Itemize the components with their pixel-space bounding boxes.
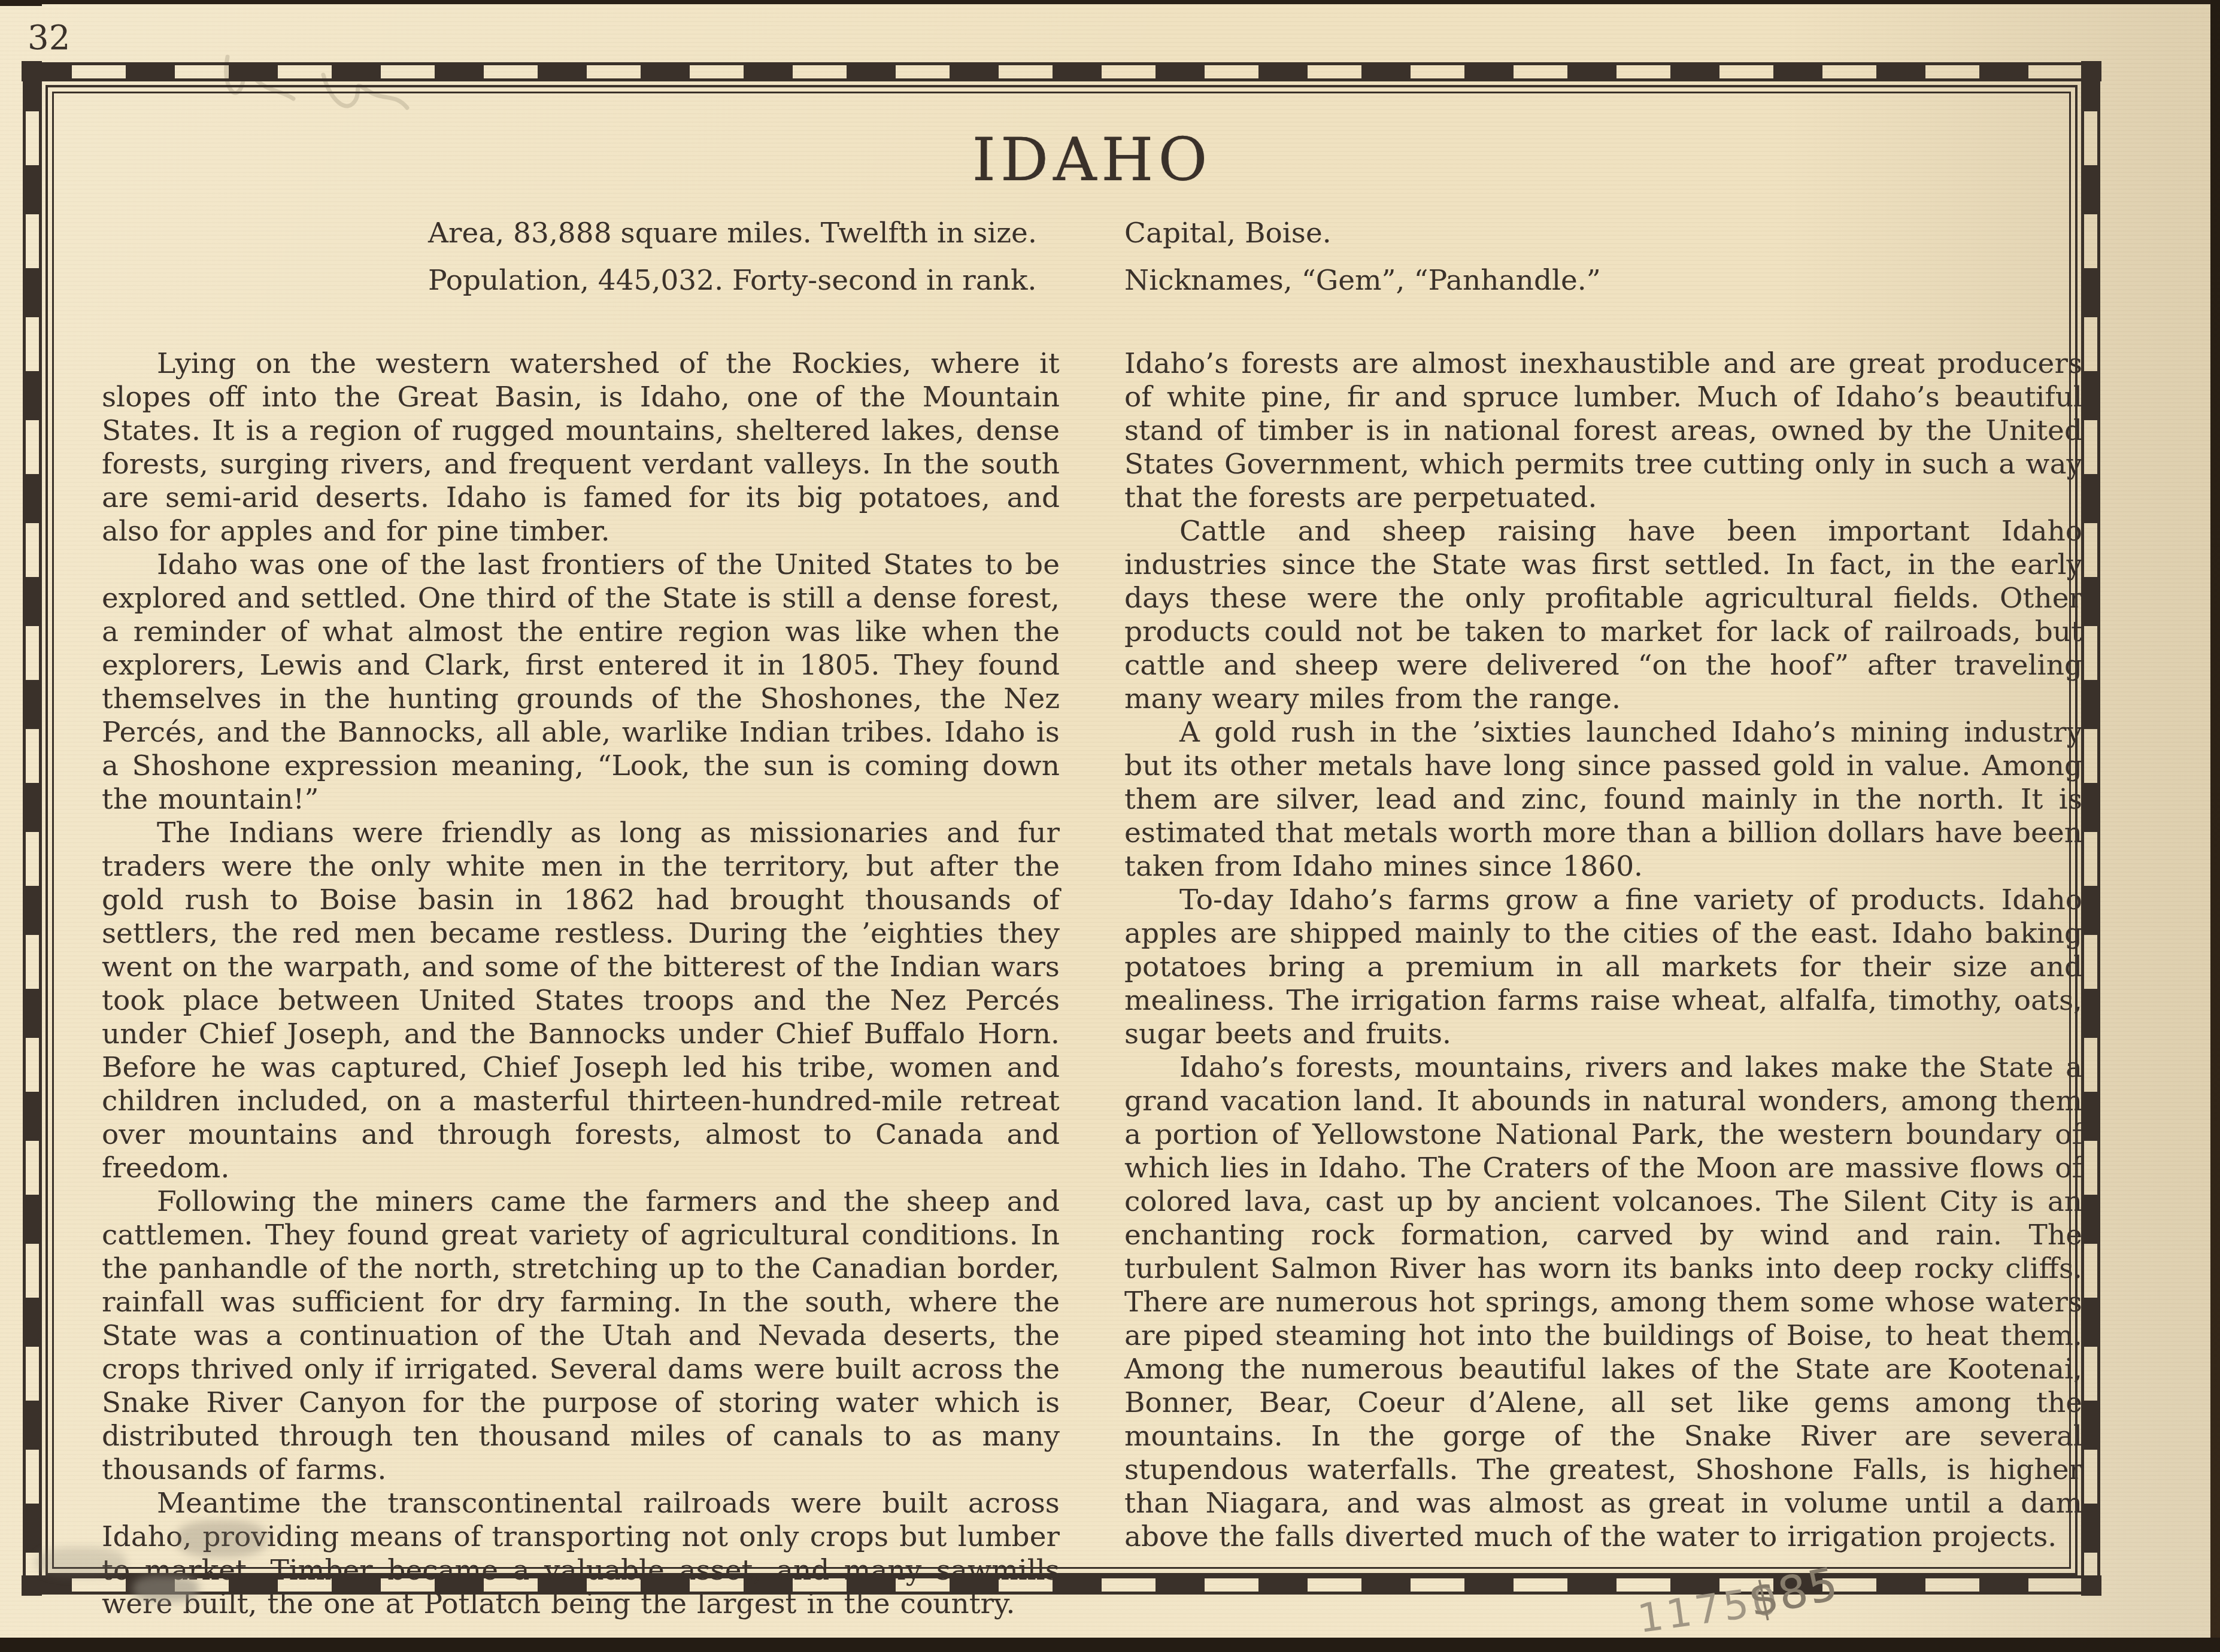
stat-population: Population, 445,032. Forty-second in ran…	[428, 266, 1060, 295]
page-title: IDAHO	[102, 128, 2082, 191]
paragraph: Idaho’s forests are almost inexhaustible…	[1124, 347, 2082, 515]
pencil-smudge	[177, 1520, 266, 1557]
pencil-smudge	[133, 1575, 199, 1602]
paragraph: Idaho was one of the last frontiers of t…	[102, 548, 1060, 816]
border-band-left	[23, 62, 42, 1595]
stat-nicknames: Nicknames, “Gem”, “Panhandle.”	[1124, 266, 2082, 295]
border-corner	[22, 61, 42, 81]
border-band-right	[2081, 62, 2100, 1595]
statistics-right-column: Capital, Boise. Nicknames, “Gem”, “Panha…	[1124, 218, 2082, 314]
paragraph: Cattle and sheep raising have been impor…	[1124, 515, 2082, 716]
text-column-left: Lying on the western watershed of the Ro…	[102, 347, 1060, 1621]
statistics-left-column: Area, 83,888 square miles. Twelfth in si…	[102, 218, 1060, 314]
pencil-smudge	[36, 1547, 126, 1577]
stat-area: Area, 83,888 square miles. Twelfth in si…	[428, 218, 1060, 248]
border-corner	[22, 1575, 42, 1596]
page-content: IDAHO Area, 83,888 square miles. Twelfth…	[102, 0, 2082, 1621]
paragraph: Following the miners came the farmers an…	[102, 1185, 1060, 1487]
scanned-book-page: 32 IDAHO Area, 83,888 square miles. Twel…	[0, 0, 2220, 1652]
paragraph: The Indians were friendly as long as mis…	[102, 816, 1060, 1185]
paragraph: A gold rush in the ’sixties launched Ida…	[1124, 716, 2082, 883]
scan-edge-right	[2210, 0, 2220, 1652]
page-number: 32	[28, 22, 70, 55]
paragraph: Lying on the western watershed of the Ro…	[102, 347, 1060, 548]
border-corner	[2081, 1575, 2101, 1596]
paragraph: Idaho’s forests, mountains, rivers and l…	[1124, 1051, 2082, 1554]
paragraph: To-day Idaho’s farms grow a fine variety…	[1124, 883, 2082, 1051]
state-statistics: Area, 83,888 square miles. Twelfth in si…	[102, 218, 2082, 314]
border-corner	[2081, 61, 2101, 81]
scan-corner-mark	[0, 0, 42, 6]
body-text: Lying on the western watershed of the Ro…	[102, 347, 2082, 1621]
stat-capital: Capital, Boise.	[1124, 218, 2082, 248]
scan-edge-bottom	[0, 1638, 2220, 1652]
text-column-right: Idaho’s forests are almost inexhaustible…	[1124, 347, 2082, 1621]
